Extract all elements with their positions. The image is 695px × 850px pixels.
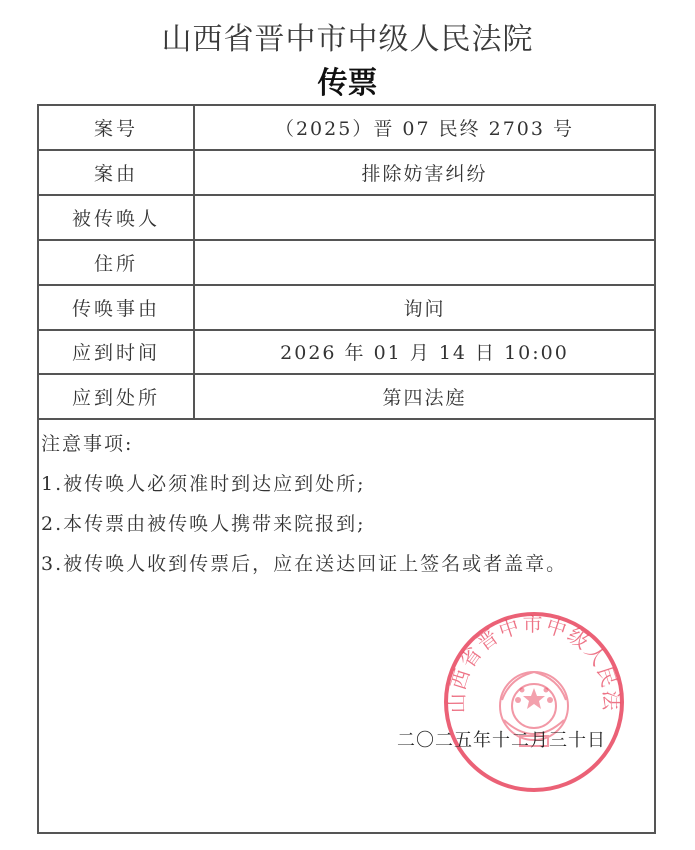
row-label: 案号 bbox=[39, 106, 195, 149]
row-value: 排除妨害纠纷 bbox=[195, 151, 654, 194]
row-value: 询问 bbox=[195, 286, 654, 329]
row-value: （2025）晋 07 民终 2703 号 bbox=[195, 106, 654, 149]
note-item: 1.被传唤人必须准时到达应到处所; bbox=[41, 464, 641, 504]
note-item: 3.被传唤人收到传票后，应在送达回证上签名或者盖章。 bbox=[41, 544, 641, 584]
row-label: 应到时间 bbox=[39, 330, 195, 373]
form-row-case-number: 案号 （2025）晋 07 民终 2703 号 bbox=[39, 106, 654, 151]
row-value: 第四法庭 bbox=[195, 375, 654, 418]
form-row-appearance-time: 应到时间 2026 年 01 月 14 日 10:00 bbox=[39, 330, 654, 375]
document-title: 传票 bbox=[0, 58, 695, 102]
issue-date: 二〇二五年十二月三十日 bbox=[397, 726, 606, 752]
form-row-appearance-place: 应到处所 第四法庭 bbox=[39, 375, 654, 420]
row-label: 应到处所 bbox=[39, 375, 195, 418]
form-row-summoned-person: 被传唤人 bbox=[39, 196, 654, 241]
summons-form-table: 案号 （2025）晋 07 民终 2703 号 案由 排除妨害纠纷 被传唤人 住… bbox=[37, 104, 656, 834]
court-name: 山西省晋中市中级人民法院 bbox=[0, 14, 695, 58]
row-value bbox=[195, 196, 654, 239]
row-label: 住所 bbox=[39, 241, 195, 284]
notes-heading: 注意事项: bbox=[41, 424, 641, 464]
form-row-case-cause: 案由 排除妨害纠纷 bbox=[39, 151, 654, 196]
row-value: 2026 年 01 月 14 日 10:00 bbox=[195, 330, 654, 373]
row-label: 传唤事由 bbox=[39, 286, 195, 329]
form-row-address: 住所 bbox=[39, 241, 654, 286]
form-row-summons-reason: 传唤事由 询问 bbox=[39, 286, 654, 331]
notes-section: 注意事项: 1.被传唤人必须准时到达应到处所; 2.本传票由被传唤人携带来院报到… bbox=[41, 424, 641, 584]
note-item: 2.本传票由被传唤人携带来院报到; bbox=[41, 504, 641, 544]
row-label: 案由 bbox=[39, 151, 195, 194]
row-label: 被传唤人 bbox=[39, 196, 195, 239]
row-value bbox=[195, 241, 654, 284]
